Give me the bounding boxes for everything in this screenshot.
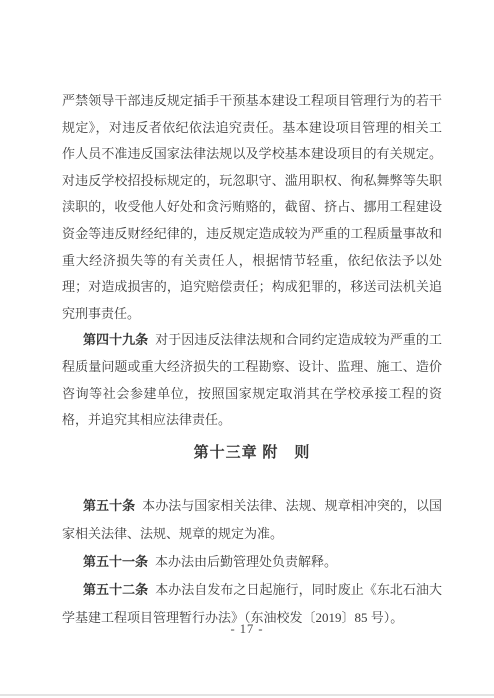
article-51-paragraph: 第五十一条本办法由后勤管理处负责解释。 (62, 548, 442, 576)
article-50-paragraph: 第五十条本办法与国家相关法律、法规、规章相冲突的，以国家相关法律、法规、规章的规… (62, 492, 442, 548)
document-page: 严禁领导干部违反规定插手干预基本建设工程项目管理行为的若干规定》，对违反者依纪依… (0, 0, 494, 698)
continuation-paragraph: 严禁领导干部违反规定插手干预基本建设工程项目管理行为的若干规定》，对违反者依纪依… (62, 88, 442, 327)
upper-text-block: 严禁领导干部违反规定插手干预基本建设工程项目管理行为的若干规定》，对违反者依纪依… (62, 88, 442, 434)
article-49-term: 第四十九条 (83, 332, 148, 347)
page-bottom-edge (0, 694, 494, 696)
page-number: - 17 - (0, 622, 494, 636)
lower-text-block: 第五十条本办法与国家相关法律、法规、规章相冲突的，以国家相关法律、法规、规章的规… (62, 492, 442, 632)
article-51-text: 本办法由后勤管理处负责解释。 (155, 554, 337, 569)
article-49-paragraph: 第四十九条对于因违反法律法规和合同约定造成较为严重的工程质量问题或重大经济损失的… (62, 327, 442, 433)
article-51-term: 第五十一条 (83, 554, 148, 569)
chapter-heading: 第十三章 附 则 (62, 444, 442, 462)
article-50-term: 第五十条 (83, 498, 135, 513)
article-52-term: 第五十二条 (83, 582, 148, 597)
